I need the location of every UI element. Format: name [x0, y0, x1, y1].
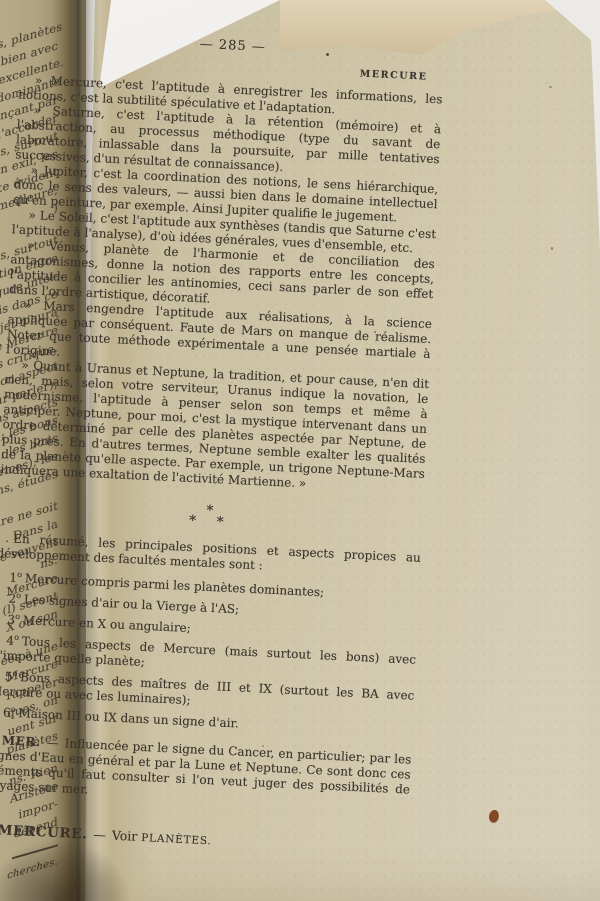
entry-dash: — [93, 827, 106, 843]
left-page-footnote: cherches. [0, 853, 58, 893]
quote-paragraph: » Quant à Uranus et Neptune, la traditio… [0, 357, 429, 497]
numbered-list: 1oMercure compris parmi les planètes dom… [0, 566, 420, 740]
item-number: 4 [6, 633, 14, 647]
entry-term: MERCURE. [0, 822, 88, 842]
item-number: 1 [9, 571, 17, 585]
item-number: 6 [3, 705, 11, 719]
asterisk-separator: * * * [0, 496, 423, 538]
item-text: Maison III ou IX dans un signe d'air. [18, 706, 239, 730]
entry-dash: — [46, 735, 59, 750]
page-content: — 285 — MERCURE » Mercure, c'est l'aptit… [0, 28, 445, 858]
item-ordinal: o [15, 612, 20, 621]
quote-paragraphs: » Mercure, c'est l'aptitude à enregistre… [0, 72, 443, 497]
item-ordinal: o [17, 570, 22, 579]
entry-reference: PLANÈTES. [141, 832, 212, 847]
item-number: 3 [7, 612, 15, 626]
item-number: 2 [8, 591, 16, 605]
item-ordinal: o [16, 591, 21, 600]
item-ordinal: o [12, 669, 17, 678]
entry-body: Influencée par le signe du Cancer, en pa… [0, 736, 412, 796]
entry-body: Voir [112, 828, 138, 844]
book-photo: fois, planèteslie bien avecra excellente… [0, 0, 600, 901]
item-number: 5 [4, 669, 12, 683]
entry-term: MER. [1, 733, 41, 749]
entry-mer: MER.—Influencée par le signe du Cancer, … [0, 733, 412, 813]
item-ordinal: o [14, 633, 19, 642]
item-ordinal: o [11, 705, 16, 714]
